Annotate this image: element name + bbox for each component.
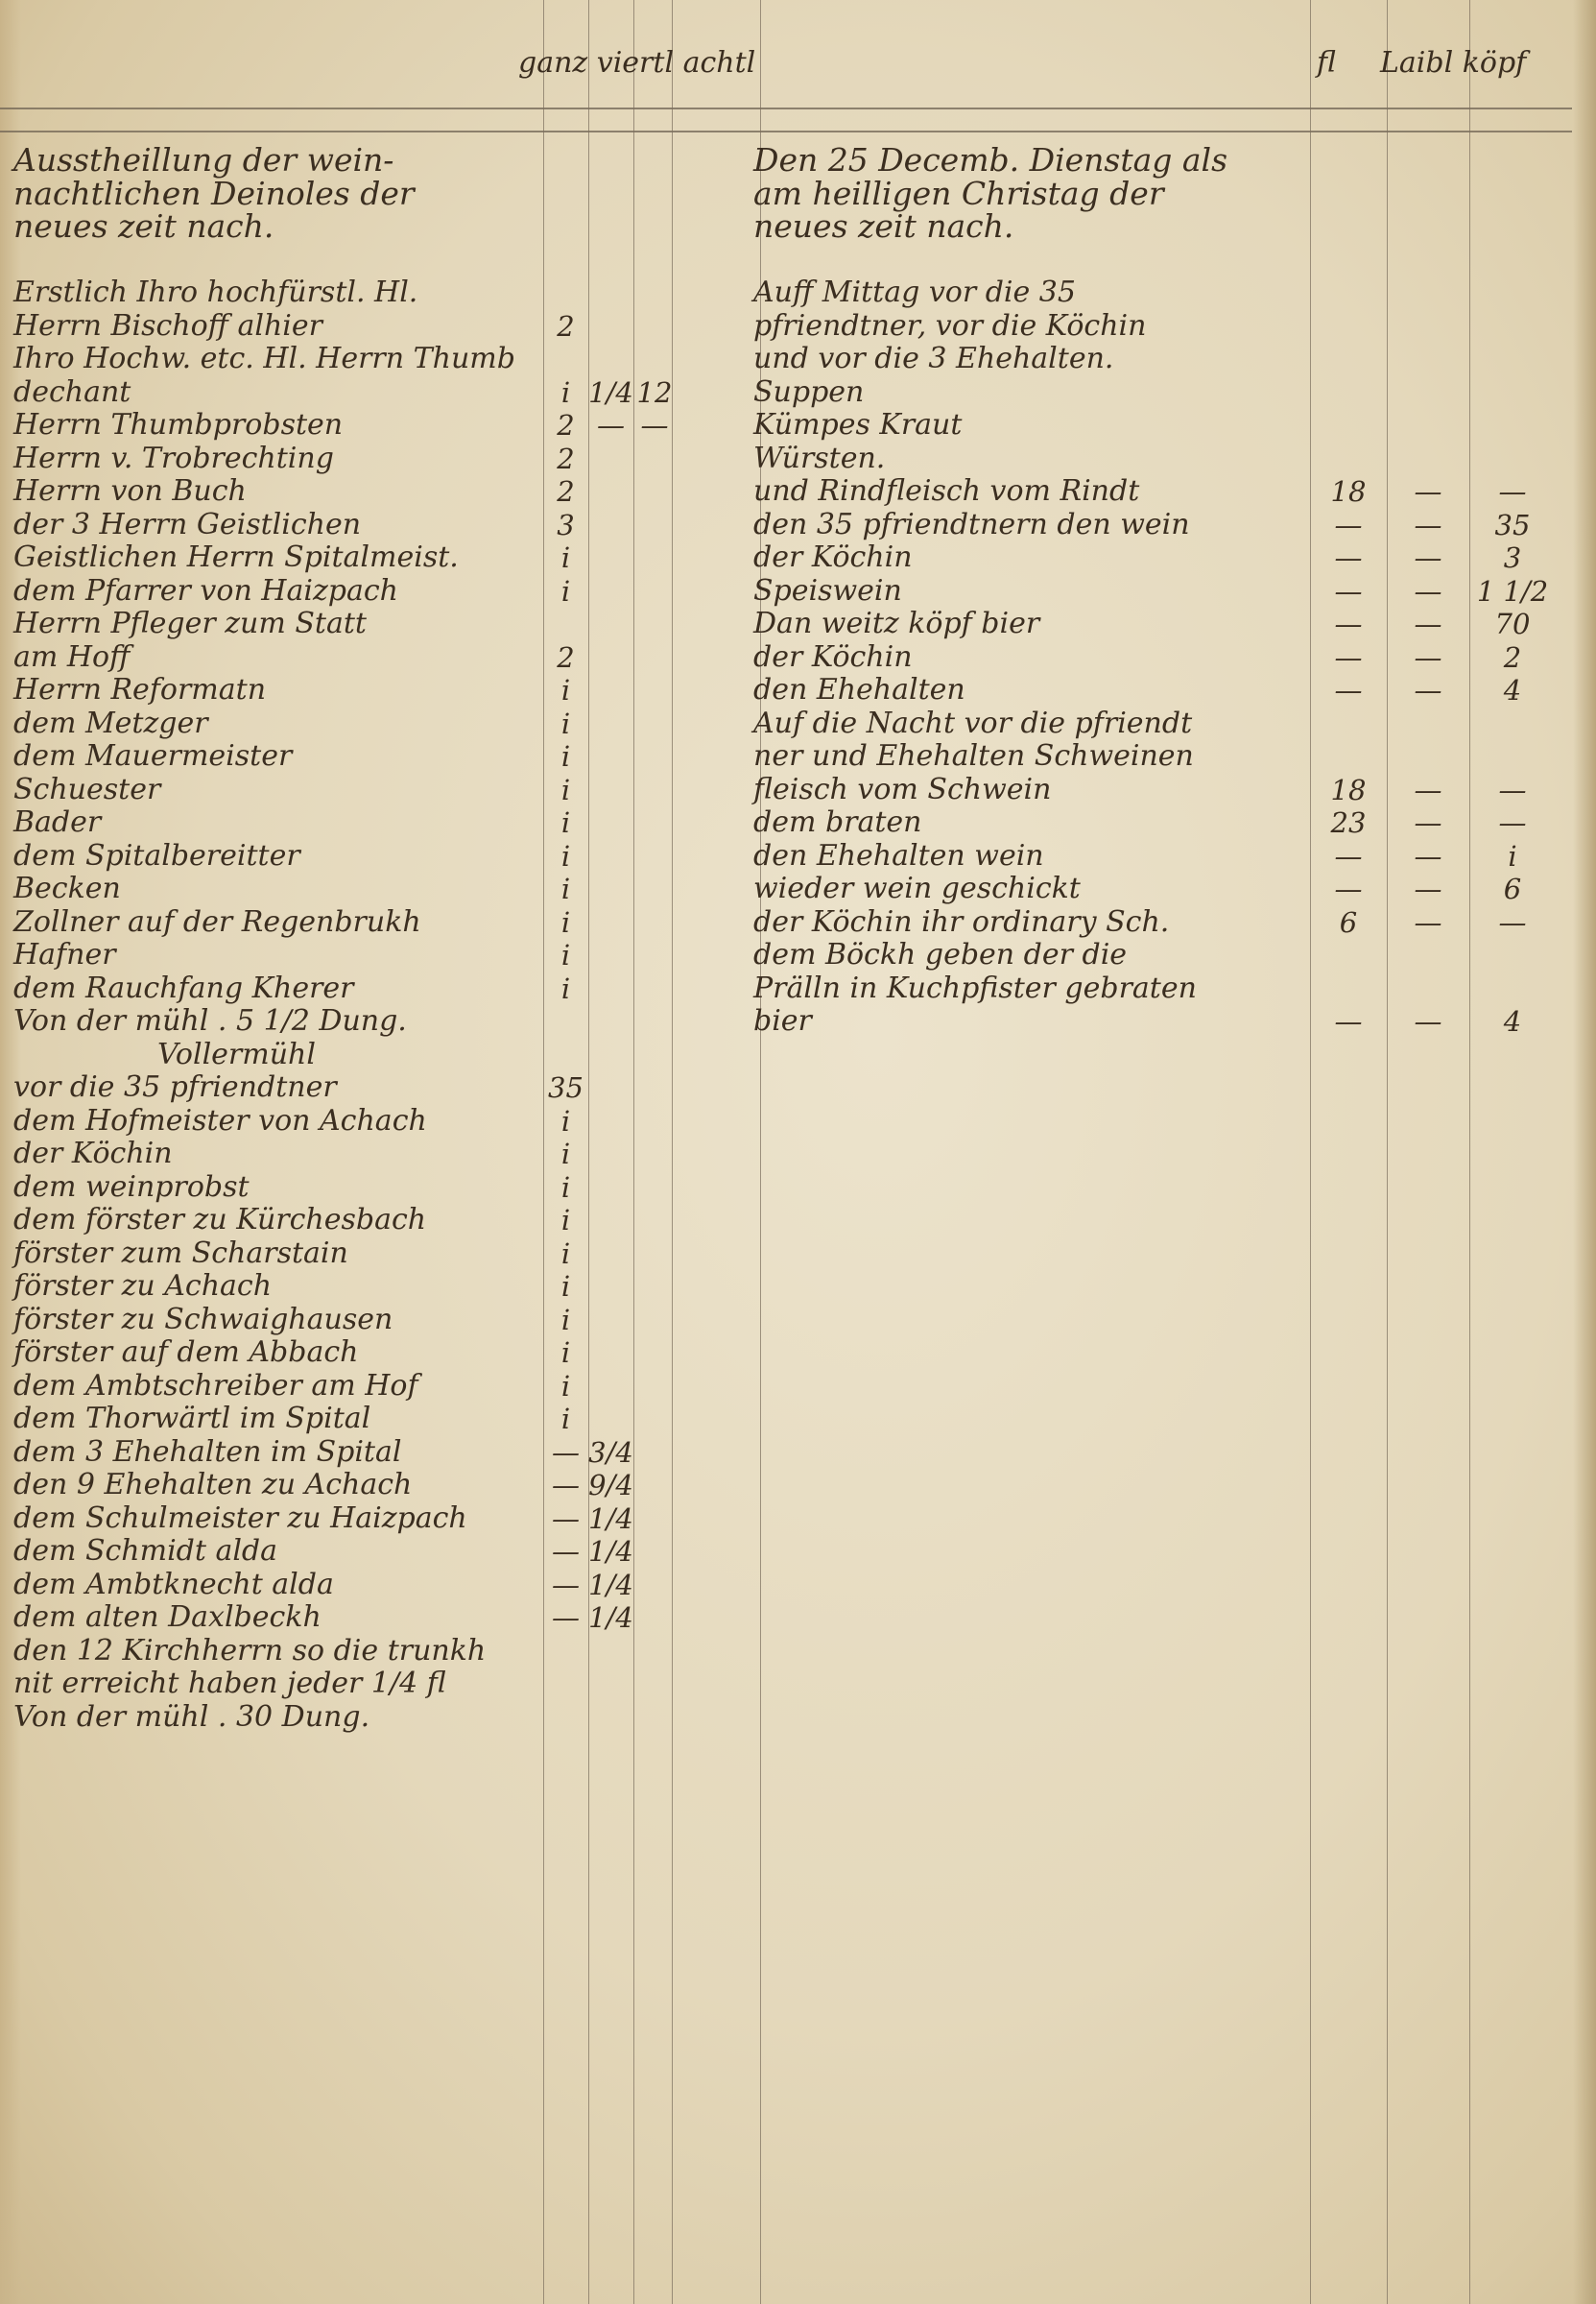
left-rule-end — [672, 0, 673, 2304]
ledger-value-ganz: i — [543, 774, 588, 807]
ledger-value-koepf: — — [1469, 774, 1556, 807]
ledger-value-fl: — — [1310, 608, 1387, 641]
ledger-value-ganz: i — [543, 708, 588, 741]
ledger-row: fleisch vom Schwein18—— — [753, 774, 1320, 807]
left-rule-achtl — [633, 0, 634, 2304]
ledger-value-viertl: — — [588, 409, 633, 443]
ledger-row-text: dem Pfarrer von Haizpach — [13, 575, 398, 609]
ledger-row: vor die 35 pfriendtner35 — [13, 1071, 536, 1105]
ledger-value-koepf: 3 — [1469, 541, 1556, 575]
ledger-row-text: und Rindfleisch vom Rindt — [753, 475, 1139, 509]
ledger-value-koepf: — — [1469, 806, 1556, 840]
right-title-line: am heilligen Christag der — [753, 178, 1320, 211]
ledger-value-fl: — — [1310, 873, 1387, 906]
ledger-row: Zollner auf der Regenbrukhi — [13, 906, 536, 940]
ledger-row-text: Vollermühl — [13, 1039, 316, 1072]
ledger-value-ganz: i — [543, 376, 588, 410]
ledger-row-text: den 9 Ehehalten zu Achach — [13, 1469, 412, 1502]
ledger-value-laibl: — — [1387, 641, 1469, 675]
ledger-row-text: den 12 Kirchherrn so die trunkh — [13, 1635, 486, 1668]
ledger-row-text: Von der mühl . 30 Dung. — [13, 1701, 369, 1735]
ledger-row: dem Ambtknecht alda—1/4 — [13, 1569, 536, 1602]
ledger-value-viertl: 1/4 — [588, 1601, 633, 1635]
ledger-row: Ihro Hochw. etc. Hl. Herrn Thumb — [13, 343, 536, 376]
ledger-row: dechanti1/412 — [13, 376, 536, 410]
currency-header-fl: fl — [1317, 46, 1336, 80]
ledger-row-text: der Köchin — [13, 1138, 173, 1171]
left-rule-viertl — [588, 0, 589, 2304]
ledger-value-ganz: i — [543, 1171, 588, 1205]
ledger-value-koepf: 70 — [1469, 608, 1556, 641]
page-edge-right — [1573, 0, 1596, 2304]
laibl-koepf-header: Laibl köpf — [1380, 46, 1526, 80]
ledger-row: dem förster zu Kürchesbachi — [13, 1204, 536, 1237]
right-rule-laibl — [1387, 0, 1388, 2304]
ledger-value-laibl: — — [1387, 806, 1469, 840]
ledger-row: dem Schulmeister zu Haizpach—1/4 — [13, 1502, 536, 1536]
ledger-value-koepf: 4 — [1469, 674, 1556, 708]
ledger-value-ganz: i — [543, 972, 588, 1006]
ledger-row: den Ehehalten wein——i — [753, 840, 1320, 874]
ledger-row: dem Metzgeri — [13, 708, 536, 741]
ledger-value-ganz: i — [543, 1336, 588, 1370]
ledger-row-text: Herrn Bischoff alhier — [13, 310, 322, 344]
ledger-value-ganz: i — [543, 1304, 588, 1337]
ledger-value-viertl: 1/4 — [588, 376, 633, 410]
ledger-row-text: Auff Mittag vor die 35 — [753, 276, 1076, 310]
header-rule-bottom — [0, 131, 1572, 132]
ledger-row: nit erreicht haben jeder 1/4 fl — [13, 1668, 536, 1701]
ledger-value-ganz: i — [543, 1270, 588, 1304]
ledger-row: und Rindfleisch vom Rindt18—— — [753, 475, 1320, 509]
ledger-value-achtl: 12 — [633, 376, 676, 410]
ledger-row-text: Herrn v. Trobrechting — [13, 443, 334, 476]
ledger-row: Auff Mittag vor die 35 — [753, 276, 1320, 310]
ledger-value-fl: — — [1310, 509, 1387, 542]
ledger-value-laibl: — — [1387, 906, 1469, 940]
ledger-row-text: der Köchin — [753, 641, 913, 675]
ledger-value-laibl: — — [1387, 873, 1469, 906]
right-ledger: Den 25 Decemb. Dienstag als am heilligen… — [753, 144, 1320, 1039]
ledger-row-text: förster zu Achach — [13, 1270, 272, 1304]
ledger-row: Kümpes Kraut — [753, 409, 1320, 443]
ledger-row: Von der mühl . 5 1/2 Dung. — [13, 1005, 536, 1039]
ledger-value-viertl: 9/4 — [588, 1469, 633, 1502]
ledger-row: dem Spitalbereitteri — [13, 840, 536, 874]
ledger-row-text: Dan weitz köpf bier — [753, 608, 1039, 641]
ledger-value-ganz: i — [543, 1138, 588, 1171]
ledger-row-text: dem förster zu Kürchesbach — [13, 1204, 426, 1237]
ledger-row: dem alten Daxlbeckh—1/4 — [13, 1601, 536, 1635]
ledger-row-text: Prälln in Kuchpfister gebraten — [753, 972, 1197, 1006]
ledger-row-text: Würsten. — [753, 443, 885, 476]
ledger-row: der Köchin——3 — [753, 541, 1320, 575]
ledger-row: den 9 Ehehalten zu Achach—9/4 — [13, 1469, 536, 1502]
ledger-row-text: Bader — [13, 806, 101, 840]
ledger-row-text: Von der mühl . 5 1/2 Dung. — [13, 1005, 407, 1039]
ledger-row-text: dem weinprobst — [13, 1171, 250, 1205]
ledger-row-text: wieder wein geschickt — [753, 873, 1081, 906]
ledger-row-text: Hafner — [13, 939, 116, 972]
ledger-row-text: dem Spitalbereitter — [13, 840, 300, 874]
ledger-value-ganz: i — [543, 1403, 588, 1436]
ledger-value-koepf: 1 1/2 — [1469, 575, 1556, 609]
ledger-value-ganz: i — [543, 840, 588, 874]
ledger-row: dem Pfarrer von Haizpachi — [13, 575, 536, 609]
ledger-row-text: Erstlich Ihro hochfürstl. Hl. — [13, 276, 417, 310]
ledger-value-koepf: 4 — [1469, 1005, 1556, 1039]
ledger-row-text: dechant — [13, 376, 131, 410]
right-title-line: Den 25 Decemb. Dienstag als — [753, 144, 1320, 178]
ledger-value-ganz: 3 — [543, 509, 588, 542]
ledger-value-ganz: i — [543, 1105, 588, 1139]
ledger-row-text: dem Schulmeister zu Haizpach — [13, 1502, 467, 1536]
ledger-row: Auf die Nacht vor die pfriendt — [753, 708, 1320, 741]
ledger-value-ganz: — — [543, 1601, 588, 1635]
ledger-row-text: der Köchin ihr ordinary Sch. — [753, 906, 1169, 940]
ledger-value-laibl: — — [1387, 608, 1469, 641]
ledger-row: der Köchin——2 — [753, 641, 1320, 675]
ledger-value-viertl: 3/4 — [588, 1436, 633, 1470]
ledger-row-text: Herrn Thumbprobsten — [13, 409, 343, 443]
ledger-row: Von der mühl . 30 Dung. — [13, 1701, 536, 1735]
ledger-value-ganz: 2 — [543, 475, 588, 509]
left-title-line: Ausstheillung der wein- — [13, 144, 536, 178]
ledger-row: der Köchin ihr ordinary Sch.6—— — [753, 906, 1320, 940]
ledger-row-text: den 35 pfriendtnern den wein — [753, 509, 1190, 542]
ledger-row: förster zu Schwaighauseni — [13, 1304, 536, 1337]
ledger-row: förster auf dem Abbachi — [13, 1336, 536, 1370]
ledger-value-ganz: — — [543, 1535, 588, 1569]
ledger-value-ganz: i — [543, 740, 588, 774]
ledger-value-laibl: — — [1387, 1005, 1469, 1039]
ledger-value-ganz: i — [543, 575, 588, 609]
ledger-row: Herrn Pfleger zum Statt — [13, 608, 536, 641]
ledger-row-text: vor die 35 pfriendtner — [13, 1071, 337, 1105]
ledger-row-text: förster zu Schwaighausen — [13, 1304, 393, 1337]
ledger-row-text: Herrn Pfleger zum Statt — [13, 608, 367, 641]
ledger-row-text: der 3 Herrn Geistlichen — [13, 509, 361, 542]
ledger-row: Beckeni — [13, 873, 536, 906]
ledger-row: den 12 Kirchherrn so die trunkh — [13, 1635, 536, 1668]
ledger-row-text: bier — [753, 1005, 812, 1039]
ledger-row-text: nit erreicht haben jeder 1/4 fl — [13, 1668, 446, 1701]
ledger-value-viertl: 1/4 — [588, 1569, 633, 1602]
ledger-value-ganz: — — [543, 1502, 588, 1536]
ledger-value-ganz: i — [543, 541, 588, 575]
ledger-value-laibl: — — [1387, 840, 1469, 874]
ledger-row: förster zum Scharstaini — [13, 1237, 536, 1271]
ledger-row-text: Herrn von Buch — [13, 475, 247, 509]
ledger-row: Suppen — [753, 376, 1320, 410]
ledger-value-ganz: i — [543, 806, 588, 840]
ledger-value-koepf: — — [1469, 906, 1556, 940]
ledger-row: der 3 Herrn Geistlichen3 — [13, 509, 536, 542]
ledger-value-ganz: 2 — [543, 641, 588, 675]
ledger-value-ganz: 35 — [543, 1071, 588, 1105]
ledger-row: dem Böckh geben der die — [753, 939, 1320, 972]
ledger-row-text: Speiswein — [753, 575, 902, 609]
ledger-row-text: förster zum Scharstain — [13, 1237, 348, 1271]
ledger-row-text: förster auf dem Abbach — [13, 1336, 358, 1370]
ledger-row-text: fleisch vom Schwein — [753, 774, 1051, 807]
ledger-row-text: dem Schmidt alda — [13, 1535, 277, 1569]
ledger-row: dem Hofmeister von Achachi — [13, 1105, 536, 1139]
ledger-value-koepf: 2 — [1469, 641, 1556, 675]
ledger-value-ganz: — — [543, 1436, 588, 1470]
ledger-value-koepf: 6 — [1469, 873, 1556, 906]
ledger-row-text: Suppen — [753, 376, 864, 410]
ledger-row: und vor die 3 Ehehalten. — [753, 343, 1320, 376]
right-title-line: neues zeit nach. — [753, 210, 1320, 244]
ledger-value-ganz: 2 — [543, 443, 588, 476]
ledger-value-ganz: i — [543, 674, 588, 708]
ledger-row-text: Kümpes Kraut — [753, 409, 962, 443]
ledger-value-fl: 18 — [1310, 475, 1387, 509]
ledger-value-koepf: i — [1469, 840, 1556, 874]
ledger-row: Geistlichen Herrn Spitalmeist.i — [13, 541, 536, 575]
ledger-value-ganz: 2 — [543, 409, 588, 443]
ledger-value-viertl: 1/4 — [588, 1502, 633, 1536]
ledger-row: den 35 pfriendtnern den wein——35 — [753, 509, 1320, 542]
ledger-value-fl: — — [1310, 541, 1387, 575]
ledger-row-text: Schuester — [13, 774, 160, 807]
left-ledger: Ausstheillung der wein- nachtlichen Dein… — [13, 144, 536, 1734]
ledger-value-laibl: — — [1387, 774, 1469, 807]
ledger-value-laibl: — — [1387, 541, 1469, 575]
right-entries: Auff Mittag vor die 35pfriendtner, vor d… — [753, 276, 1320, 1039]
ledger-row: dem Rauchfang Khereri — [13, 972, 536, 1006]
ledger-row-text: dem braten — [753, 806, 922, 840]
ledger-row: der Köchini — [13, 1138, 536, 1171]
ledger-row-text: dem alten Daxlbeckh — [13, 1601, 322, 1635]
ledger-value-laibl: — — [1387, 575, 1469, 609]
ledger-row: dem Ambtschreiber am Hofi — [13, 1370, 536, 1404]
ledger-row-text: dem Ambtknecht alda — [13, 1569, 334, 1602]
ledger-value-koepf: 35 — [1469, 509, 1556, 542]
ledger-row: Herrn Thumbprobsten2—— — [13, 409, 536, 443]
ledger-row: dem Thorwärtl im Spitali — [13, 1403, 536, 1436]
ledger-row-text: Becken — [13, 873, 121, 906]
ledger-value-koepf: — — [1469, 475, 1556, 509]
ledger-row: Dan weitz köpf bier——70 — [753, 608, 1320, 641]
left-title-line: neues zeit nach. — [13, 210, 536, 244]
ledger-value-ganz: 2 — [543, 310, 588, 344]
ledger-row: Erstlich Ihro hochfürstl. Hl. — [13, 276, 536, 310]
ledger-value-ganz: i — [543, 939, 588, 972]
ledger-value-ganz: i — [543, 1237, 588, 1271]
ledger-row-text: ner und Ehehalten Schweinen — [753, 740, 1194, 774]
ledger-row-text: dem Rauchfang Kherer — [13, 972, 354, 1006]
ledger-value-laibl: — — [1387, 674, 1469, 708]
ledger-row: wieder wein geschickt——6 — [753, 873, 1320, 906]
ledger-row: dem Schmidt alda—1/4 — [13, 1535, 536, 1569]
ledger-row: Würsten. — [753, 443, 1320, 476]
ledger-row-text: dem Ambtschreiber am Hof — [13, 1370, 418, 1404]
ledger-value-ganz: — — [543, 1469, 588, 1502]
ledger-row: dem braten23—— — [753, 806, 1320, 840]
ledger-row: Prälln in Kuchpfister gebraten — [753, 972, 1320, 1006]
left-column-headers: ganz viertl achtl — [518, 46, 755, 80]
ledger-row-text: dem Thorwärtl im Spital — [13, 1403, 370, 1436]
ledger-value-laibl: — — [1387, 475, 1469, 509]
ledger-row: Speiswein——1 1/2 — [753, 575, 1320, 609]
ledger-row-text: Zollner auf der Regenbrukh — [13, 906, 421, 940]
ledger-value-fl: — — [1310, 641, 1387, 675]
ledger-value-fl: — — [1310, 575, 1387, 609]
ledger-row-text: Auf die Nacht vor die pfriendt — [753, 708, 1192, 741]
ledger-row: Herrn Bischoff alhier2 — [13, 310, 536, 344]
ledger-row-text: Ihro Hochw. etc. Hl. Herrn Thumb — [13, 343, 515, 376]
ledger-row: Herrn von Buch2 — [13, 475, 536, 509]
ledger-row: ner und Ehehalten Schweinen — [753, 740, 1320, 774]
left-title-line: nachtlichen Deinoles der — [13, 178, 536, 211]
ledger-row: dem weinprobsti — [13, 1171, 536, 1205]
ledger-value-achtl: — — [633, 409, 676, 443]
right-rule-koepf — [1469, 0, 1470, 2304]
ledger-row-text: und vor die 3 Ehehalten. — [753, 343, 1113, 376]
ledger-row-text: dem Hofmeister von Achach — [13, 1105, 427, 1139]
ledger-value-ganz: i — [543, 1370, 588, 1404]
ledger-value-fl: 18 — [1310, 774, 1387, 807]
ledger-row: förster zu Achachi — [13, 1270, 536, 1304]
ledger-row-text: dem Böckh geben der die — [753, 939, 1127, 972]
ledger-value-fl: — — [1310, 1005, 1387, 1039]
ledger-value-fl: 23 — [1310, 806, 1387, 840]
ledger-value-fl: 6 — [1310, 906, 1387, 940]
ledger-row: Herrn Reformatni — [13, 674, 536, 708]
ledger-row: pfriendtner, vor die Köchin — [753, 310, 1320, 344]
ledger-row: dem Mauermeisteri — [13, 740, 536, 774]
ledger-row: dem 3 Ehehalten im Spital—3/4 — [13, 1436, 536, 1470]
header-rule-top — [0, 108, 1572, 109]
ledger-row-text: am Hoff — [13, 641, 130, 675]
ledger-row-text: dem 3 Ehehalten im Spital — [13, 1436, 401, 1470]
ledger-value-fl: — — [1310, 840, 1387, 874]
ledger-row-text: Herrn Reformatn — [13, 674, 266, 708]
ledger-row: bier——4 — [753, 1005, 1320, 1039]
ledger-value-fl: — — [1310, 674, 1387, 708]
ledger-row: Herrn v. Trobrechting2 — [13, 443, 536, 476]
ledger-row: den Ehehalten——4 — [753, 674, 1320, 708]
ledger-value-ganz: i — [543, 873, 588, 906]
ledger-value-viertl: 1/4 — [588, 1535, 633, 1569]
ledger-row-text: pfriendtner, vor die Köchin — [753, 310, 1146, 344]
ledger-value-laibl: — — [1387, 509, 1469, 542]
ledger-row-text: den Ehehalten — [753, 674, 965, 708]
ledger-row: Schuesteri — [13, 774, 536, 807]
ledger-row: Vollermühl — [13, 1039, 536, 1072]
ledger-row-text: dem Mauermeister — [13, 740, 292, 774]
ledger-row-text: Geistlichen Herrn Spitalmeist. — [13, 541, 459, 575]
ledger-value-ganz: i — [543, 906, 588, 940]
ledger-value-ganz: i — [543, 1204, 588, 1237]
ledger-row: am Hoff2 — [13, 641, 536, 675]
left-entries: Erstlich Ihro hochfürstl. Hl.Herrn Bisch… — [13, 276, 536, 1734]
ledger-row-text: den Ehehalten wein — [753, 840, 1044, 874]
ledger-row-text: dem Metzger — [13, 708, 208, 741]
ledger-row: Hafneri — [13, 939, 536, 972]
ledger-row-text: der Köchin — [753, 541, 913, 575]
ledger-value-ganz: — — [543, 1569, 588, 1602]
ledger-row: Baderi — [13, 806, 536, 840]
